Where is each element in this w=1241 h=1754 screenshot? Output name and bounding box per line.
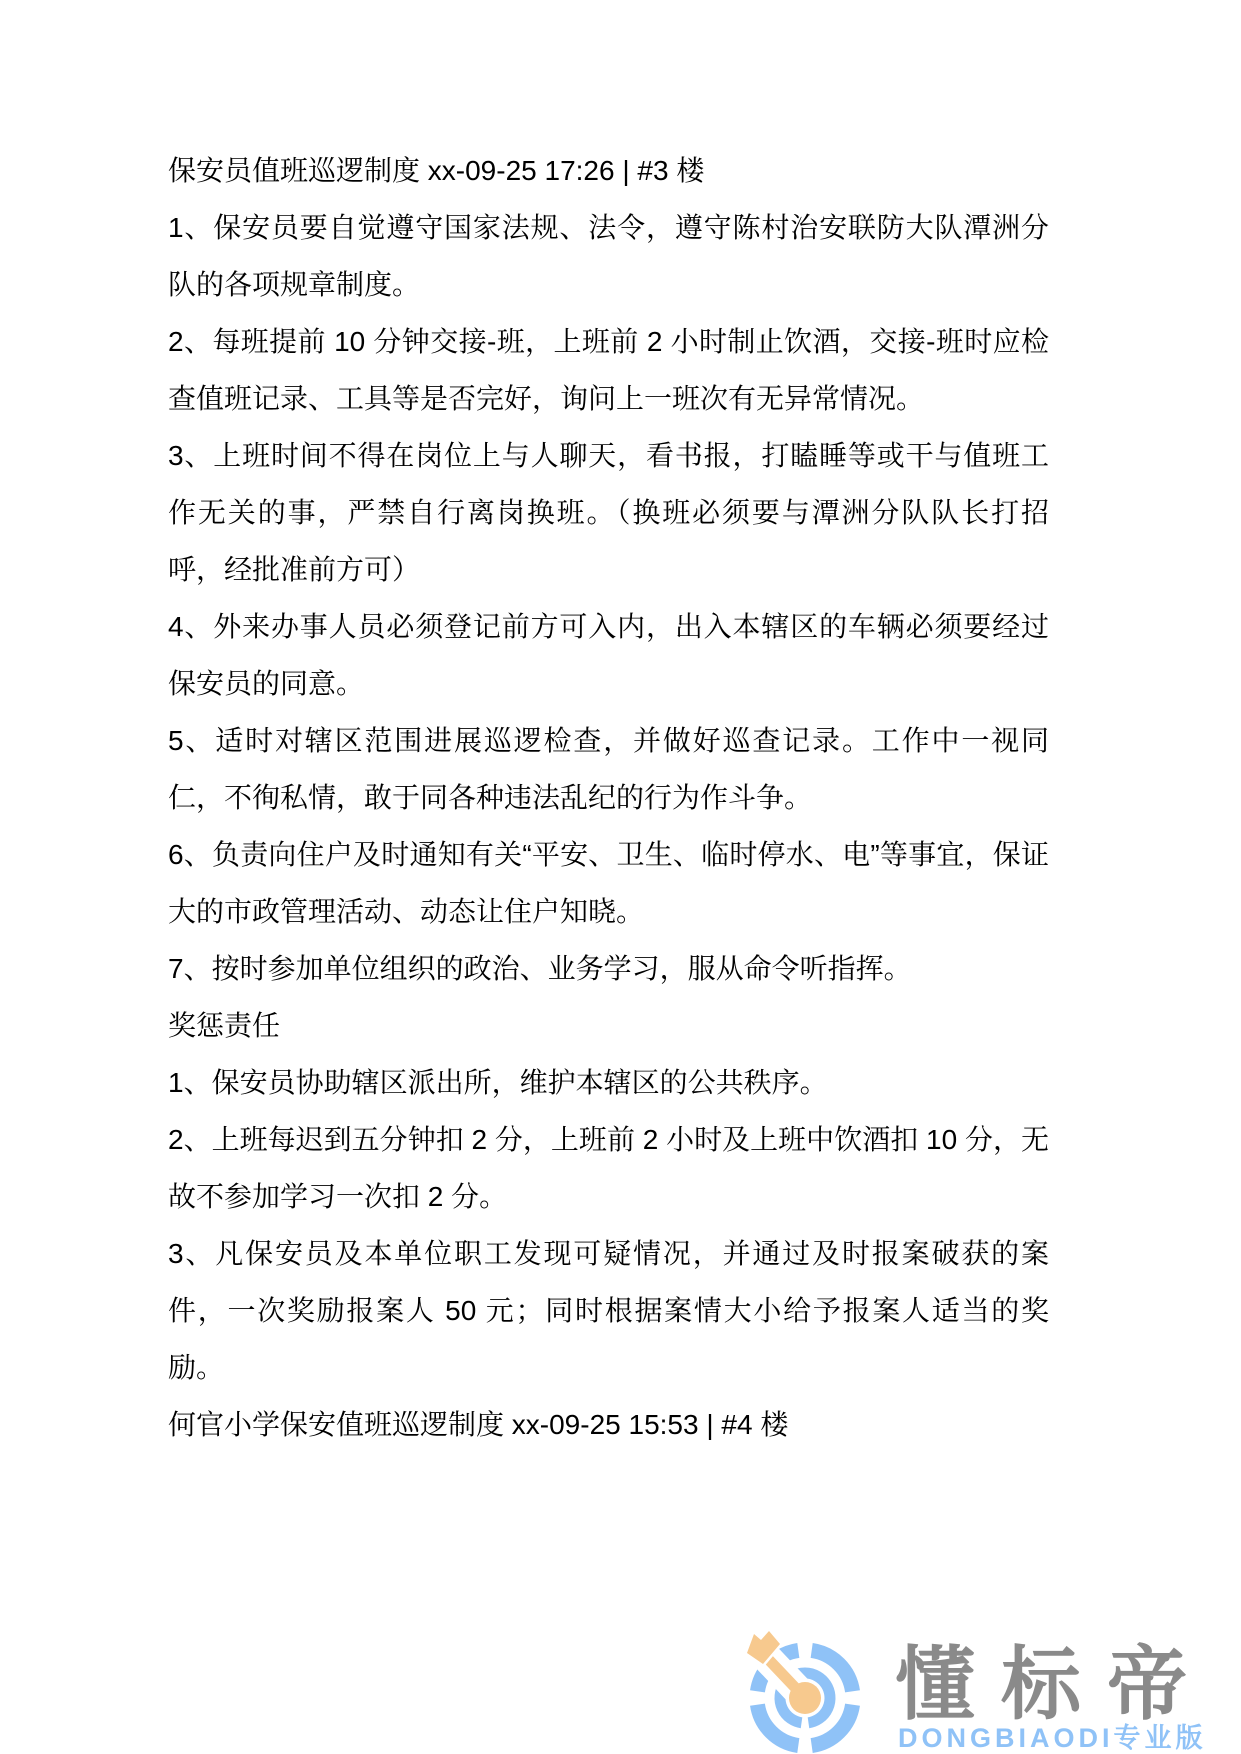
paragraph: 2、每班提前 10 分钟交接-班，上班前 2 小时制止饮酒，交接-班时应检查值班… bbox=[168, 313, 1049, 427]
brand-suffix: 专业版 bbox=[1114, 1723, 1207, 1753]
paragraph: 7、按时参加单位组织的政治、业务学习，服从命令听指挥。 bbox=[168, 940, 1049, 997]
brand-name-en: DONGBIAODI专业版 bbox=[898, 1724, 1207, 1752]
paragraph: 5、适时对辖区范围进展巡逻检查，并做好巡查记录。工作中一视同仁，不徇私情，敢于同… bbox=[168, 712, 1049, 826]
paragraph: 1、保安员要自觉遵守国家法规、法令，遵守陈村治安联防大队潭洲分队的各项规章制度。 bbox=[168, 199, 1049, 313]
paragraph: 1、保安员协助辖区派出所，维护本辖区的公共秩序。 bbox=[168, 1054, 1049, 1111]
post-header: 何官小学保安值班巡逻制度 xx-09-25 15:53 | #4 楼 bbox=[168, 1396, 1049, 1453]
paragraph: 3、凡保安员及本单位职工发现可疑情况，并通过及时报案破获的案件，一次奖励报案人 … bbox=[168, 1225, 1049, 1396]
paragraph: 4、外来办事人员必须登记前方可入内，出入本辖区的车辆必须要经过保安员的同意。 bbox=[168, 598, 1049, 712]
section-heading: 奖惩责任 bbox=[168, 997, 1049, 1054]
document-body: 保安员值班巡逻制度 xx-09-25 17:26 | #3 楼1、保安员要自觉遵… bbox=[168, 142, 1049, 1453]
paragraph: 6、负责向住户及时通知有关“平安、卫生、临时停水、电”等事宜，保证大的市政管理活… bbox=[168, 826, 1049, 940]
post-header: 保安员值班巡逻制度 xx-09-25 17:26 | #3 楼 bbox=[168, 142, 1049, 199]
target-dart-icon bbox=[733, 1628, 869, 1754]
brand-name-latin: DONGBIAODI bbox=[898, 1723, 1114, 1753]
document-page: 保安员值班巡逻制度 xx-09-25 17:26 | #3 楼1、保安员要自觉遵… bbox=[0, 0, 1241, 1754]
brand-name-cn: 懂标帝 bbox=[895, 1645, 1213, 1725]
paragraph: 2、上班每迟到五分钟扣 2 分，上班前 2 小时及上班中饮酒扣 10 分，无故不… bbox=[168, 1111, 1049, 1225]
paragraph: 3、上班时间不得在岗位上与人聊天，看书报，打瞌睡等或干与值班工作无关的事，严禁自… bbox=[168, 427, 1049, 598]
